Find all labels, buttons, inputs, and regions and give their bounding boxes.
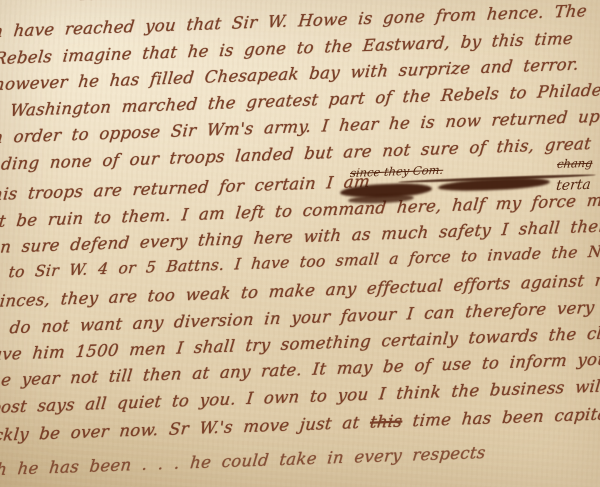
interlinear-insertion: chang	[556, 156, 593, 171]
blot-tail-text: terta	[555, 177, 591, 194]
struck-word: this	[369, 411, 403, 431]
manuscript-scan: { "document": { "kind": "handwritten-let…	[0, 0, 600, 487]
